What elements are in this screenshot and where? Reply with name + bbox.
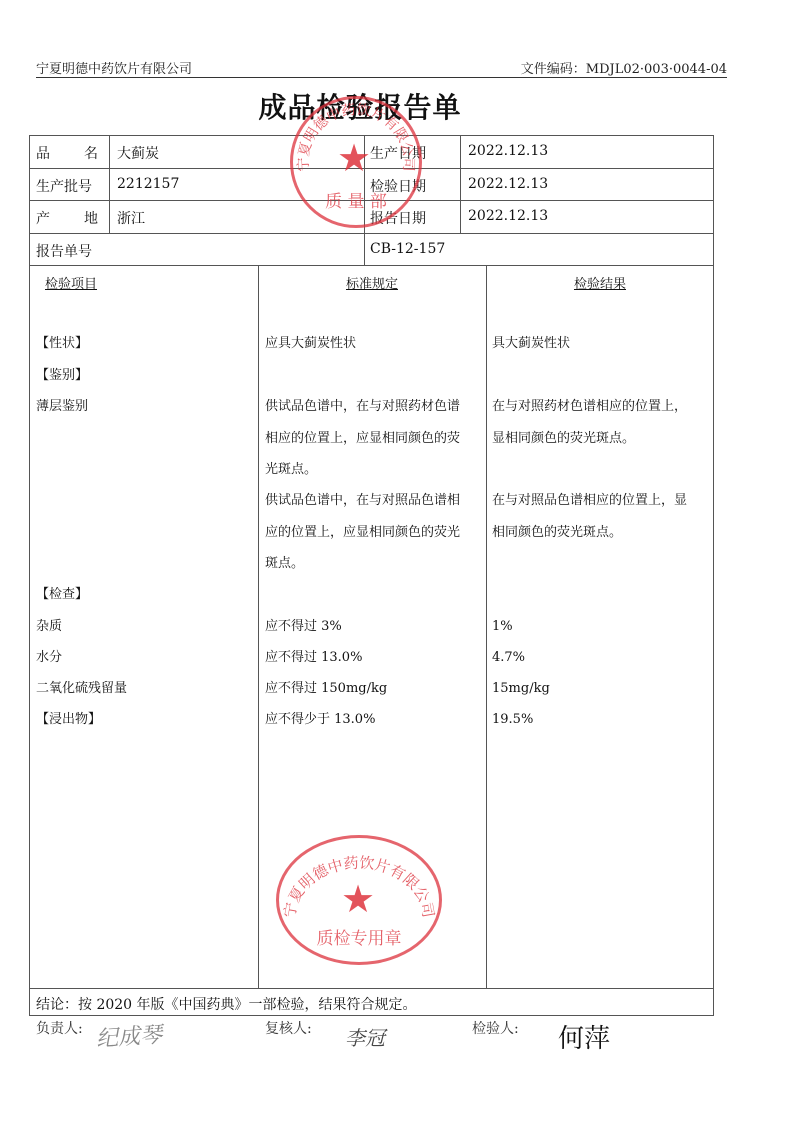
item-inspection: 【检查】 — [36, 579, 88, 611]
col-divider — [258, 265, 259, 988]
reviewer-signature: 李冠 — [345, 1022, 385, 1051]
result-character: 具大蓟炭性状 — [492, 328, 570, 360]
standard-character: 应具大蓟炭性状 — [265, 328, 356, 360]
col-divider — [109, 135, 110, 233]
standard-so2: 应不得过 150mg/kg — [265, 673, 387, 705]
item-identification: 【鉴别】 — [36, 360, 88, 392]
report-no-label: 报告单号 — [36, 241, 92, 261]
row-divider — [29, 265, 714, 266]
star-icon: ★ — [337, 139, 371, 177]
inspector-label: 检验人: — [472, 1018, 519, 1038]
product-name-label: 品名 — [36, 143, 98, 163]
document-code: 文件编码：MDJL02·003·0044-04 — [521, 58, 727, 77]
reviewer-label: 复核人: — [265, 1018, 312, 1038]
stamp-center-text: 质 量 部 — [293, 187, 419, 212]
item-tlc: 薄层鉴别 — [36, 391, 88, 423]
item-moisture: 水分 — [36, 642, 62, 674]
result-tlc-1: 在与对照药材色谱相应的位置上， 显相同颜色的荧光斑点。 — [492, 391, 687, 454]
document-code-label: 文件编码： — [521, 62, 586, 77]
responsible-signature: 纪成琴 — [95, 1018, 163, 1054]
item-impurity: 杂质 — [36, 611, 62, 643]
report-date-value: 2022.12.13 — [468, 208, 548, 224]
conclusion: 结论：按 2020 年版《中国药典》一部检验，结果符合规定。 — [36, 994, 417, 1014]
origin-label: 产地 — [36, 208, 98, 228]
star-icon: ★ — [341, 880, 375, 918]
inspection-date-value: 2022.12.13 — [468, 176, 548, 192]
result-so2: 15mg/kg — [492, 673, 550, 705]
standard-extract: 应不得少于 13.0% — [265, 704, 375, 736]
header-divider — [36, 77, 727, 78]
production-date-value: 2022.12.13 — [468, 143, 548, 159]
standard-tlc-2: 供试品色谱中，在与对照品色谱相 应的位置上，应显相同颜色的荧光 斑点。 — [265, 485, 460, 580]
column-header-standard: 标准规定 — [258, 273, 486, 292]
result-extract: 19.5% — [492, 704, 533, 736]
product-name-value: 大蓟炭 — [117, 143, 159, 163]
document-code-value: MDJL02·003·0044-04 — [586, 62, 727, 77]
quality-dept-stamp: 宁夏明德中药饮片有限公司 ★ 质 量 部 — [290, 96, 422, 228]
col-divider — [486, 265, 487, 988]
item-extract: 【浸出物】 — [36, 704, 101, 736]
result-impurity: 1% — [492, 611, 513, 643]
inspector-signature: 何萍 — [558, 1018, 610, 1055]
row-divider — [29, 988, 714, 989]
result-tlc-2: 在与对照品色谱相应的位置上，显 相同颜色的荧光斑点。 — [492, 485, 687, 548]
quality-inspection-stamp: 宁夏明德中药饮片有限公司 ★ 质检专用章 — [276, 835, 442, 965]
company-name: 宁夏明德中药饮片有限公司 — [36, 58, 192, 77]
stamp-center-text: 质检专用章 — [279, 924, 439, 949]
item-character: 【性状】 — [36, 328, 88, 360]
responsible-label: 负责人: — [36, 1018, 83, 1038]
batch-value: 2212157 — [117, 176, 179, 192]
origin-value: 浙江 — [117, 208, 145, 228]
item-so2: 二氧化硫残留量 — [36, 673, 127, 705]
col-divider — [460, 135, 461, 233]
row-divider — [29, 233, 714, 234]
result-moisture: 4.7% — [492, 642, 525, 674]
report-no-value: CB-12-157 — [370, 241, 445, 257]
batch-label: 生产批号 — [36, 176, 92, 196]
standard-moisture: 应不得过 13.0% — [265, 642, 362, 674]
standard-impurity: 应不得过 3% — [265, 611, 342, 643]
standard-tlc-1: 供试品色谱中，在与对照药材色谱 相应的位置上，应显相同颜色的荧 光斑点。 — [265, 391, 460, 486]
column-header-result: 检验结果 — [486, 273, 714, 292]
column-header-item: 检验项目 — [45, 273, 97, 292]
